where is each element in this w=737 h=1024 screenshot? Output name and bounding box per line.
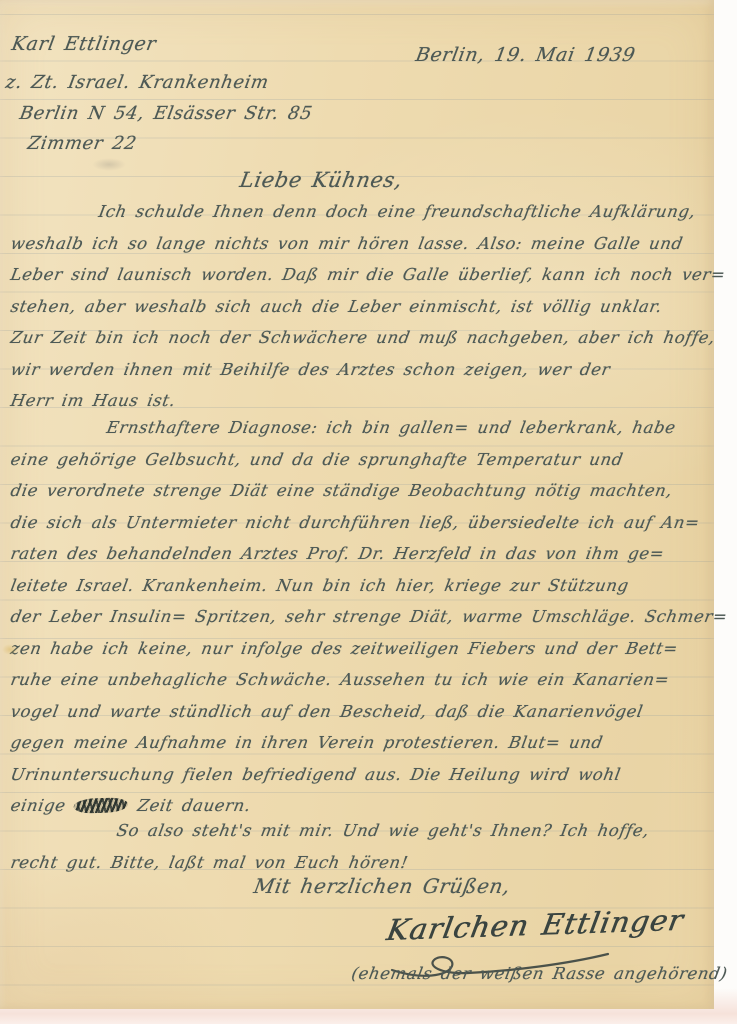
pencil-smudge xyxy=(92,158,126,171)
crossed-out-word-scribble xyxy=(72,797,128,814)
handwriting-line: Ernsthaftere Diagnose: ich bin gallen= u… xyxy=(8,412,730,444)
letter-paragraph-2: Ernsthaftere Diagnose: ich bin gallen= u… xyxy=(8,412,725,790)
handwriting-line: Urinuntersuchung fielen befriedigend aus… xyxy=(8,759,730,791)
handwriting-line: die verordnete strenge Diät eine ständig… xyxy=(8,475,730,507)
handwriting-line: weshalb ich so lange nichts von mir höre… xyxy=(8,228,728,260)
paper-stain xyxy=(2,644,18,655)
closing-phrase: Mit herzlichen Grüßen, xyxy=(252,874,512,898)
signature: Karlchen Ettlinger xyxy=(384,903,686,947)
handwriting-line: Ich schulde Ihnen denn doch eine freunds… xyxy=(8,196,728,228)
handwriting-line: vogel und warte stündlich auf den Besche… xyxy=(8,696,730,728)
handwriting-line: Leber sind launisch worden. Daß mir die … xyxy=(8,259,728,291)
sender-name: Karl Ettlinger xyxy=(10,33,158,55)
strike-line-after: Zeit dauern. xyxy=(136,796,252,815)
handwriting-line: Zur Zeit bin ich noch der Schwächere und… xyxy=(8,322,728,354)
handwriting-line: zen habe ich keine, nur infolge des zeit… xyxy=(8,633,730,665)
letter-paragraph-1: Ich schulde Ihnen denn doch eine freunds… xyxy=(8,196,723,417)
sender-address-line: z. Zt. Israel. Krankenheim xyxy=(4,72,271,93)
handwriting-line: gegen meine Aufnahme in ihren Verein pro… xyxy=(8,727,730,759)
letter-paragraph-3: So also steht's mit mir. Und wie geht's … xyxy=(8,815,646,878)
salutation: Liebe Kühnes, xyxy=(238,168,404,192)
handwriting-line: der Leber Insulin= Spritzen, sehr streng… xyxy=(8,601,730,633)
handwriting-line: die sich als Untermieter nicht durchführ… xyxy=(8,507,730,539)
postscript: (ehemals der weißen Rasse angehörend) xyxy=(350,964,729,983)
handwriting-line: stehen, aber weshalb sich auch die Leber… xyxy=(8,291,728,323)
handwriting-line: wir werden ihnen mit Beihilfe des Arztes… xyxy=(8,354,728,386)
handwriting-line: ruhe eine unbehagliche Schwäche. Aussehe… xyxy=(8,664,730,696)
letter-paper: Karl Ettlinger z. Zt. Israel. Krankenhei… xyxy=(0,0,714,1009)
sender-room-line: Zimmer 22 xyxy=(26,133,138,154)
handwriting-line: leitete Israel. Krankenheim. Nun bin ich… xyxy=(8,570,730,602)
handwriting-line: raten des behandelnden Arztes Prof. Dr. … xyxy=(8,538,730,570)
handwriting-line: So also steht's mit mir. Und wie geht's … xyxy=(8,815,652,847)
scanned-letter: Karl Ettlinger z. Zt. Israel. Krankenhei… xyxy=(0,0,737,1024)
handwriting-line: eine gehörige Gelbsucht, und da die spru… xyxy=(8,444,730,476)
sender-address-line: Berlin N 54, Elsässer Str. 85 xyxy=(18,103,314,124)
strike-line-before: einige xyxy=(9,796,67,815)
dateline: Berlin, 19. Mai 1939 xyxy=(414,44,637,66)
